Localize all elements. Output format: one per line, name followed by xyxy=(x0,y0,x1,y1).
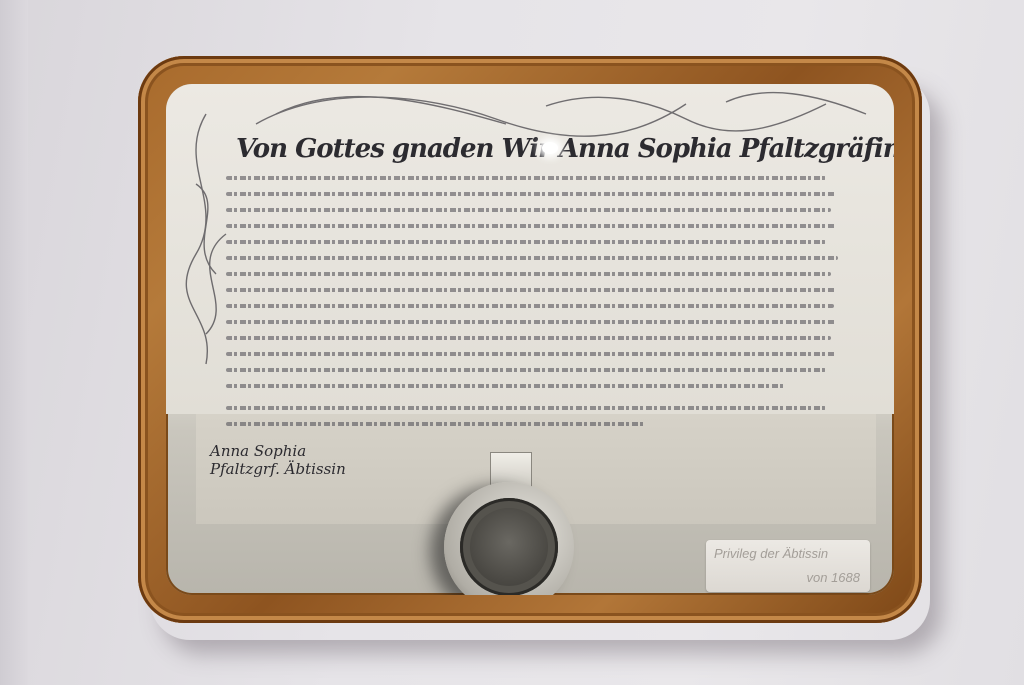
wall-edge xyxy=(0,0,28,685)
framed-document: Von Gottes gnaden Wir Anna Sophia Pfaltz… xyxy=(166,84,894,595)
seal-icon xyxy=(460,498,558,595)
text-line xyxy=(226,304,834,308)
text-line xyxy=(226,176,826,180)
museum-plaque: Privileg der Äbtissin von 1688 xyxy=(706,540,870,592)
text-line xyxy=(226,422,646,426)
text-line xyxy=(226,240,826,244)
wax-seal xyxy=(424,450,594,595)
text-line xyxy=(226,192,836,196)
text-line xyxy=(226,224,836,228)
signature: Anna Sophia Pfaltzgrf. Äbtissin xyxy=(210,442,346,478)
text-line xyxy=(226,406,826,410)
text-line xyxy=(226,336,831,340)
signature-title: Pfaltzgrf. Äbtissin xyxy=(210,460,346,478)
document-heading: Von Gottes gnaden Wir Anna Sophia Pfaltz… xyxy=(236,134,894,164)
text-line xyxy=(226,288,836,292)
glass-reflection xyxy=(542,142,558,154)
plaque-title: Privileg der Äbtissin xyxy=(714,546,828,561)
signature-name: Anna Sophia xyxy=(210,442,346,460)
text-line xyxy=(226,320,836,324)
text-line xyxy=(226,272,831,276)
text-line xyxy=(226,208,831,212)
text-line xyxy=(226,256,838,260)
text-line xyxy=(226,368,826,372)
text-line xyxy=(226,384,786,388)
plaque-date: von 1688 xyxy=(807,570,861,585)
text-line xyxy=(226,352,836,356)
